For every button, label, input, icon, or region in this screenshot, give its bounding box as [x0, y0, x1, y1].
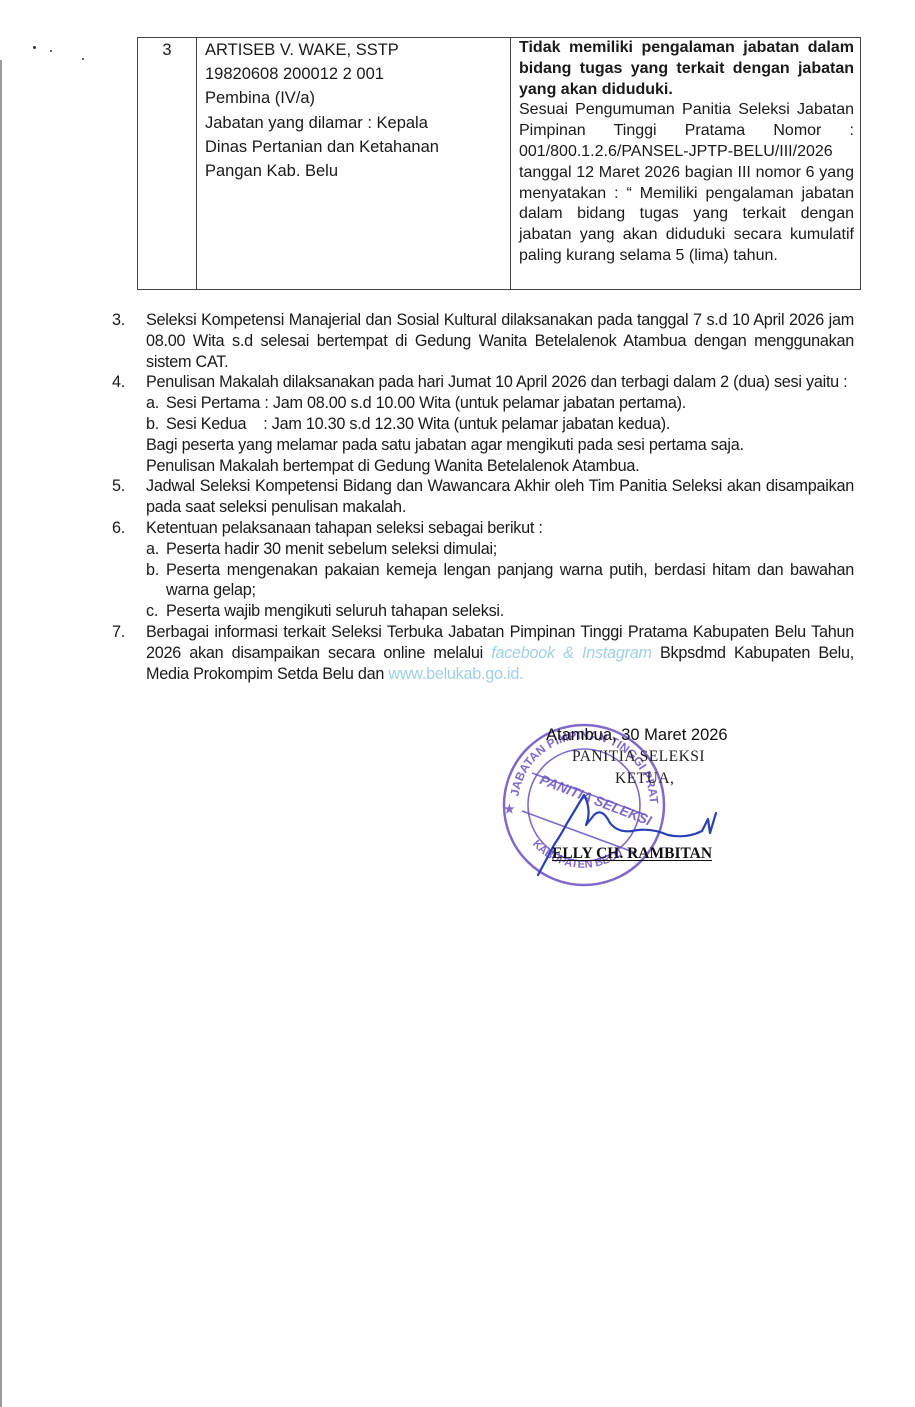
- sub-text: Peserta wajib mengikuti seluruh tahapan …: [166, 601, 854, 622]
- website-link[interactable]: www.belukab.go.id.: [388, 665, 523, 683]
- item-number: 4.: [112, 372, 146, 476]
- item-number: 5.: [112, 476, 146, 518]
- handwritten-signature-icon: [490, 715, 790, 895]
- list-item: 4. Penulisan Makalah dilaksanakan pada h…: [112, 372, 854, 476]
- applicant-cell: ARTISEB V. WAKE, SSTP 19820608 200012 2 …: [197, 38, 511, 290]
- row-number: 3: [138, 38, 197, 290]
- item-note: Penulisan Makalah bertempat di Gedung Wa…: [146, 456, 854, 477]
- item-text: Jadwal Seleksi Kompetensi Bidang dan Waw…: [146, 476, 854, 518]
- note-summary: Tidak memiliki pengalaman jabatan dalam …: [519, 38, 854, 100]
- note-cell: Tidak memiliki pengalaman jabatan dalam …: [511, 38, 861, 290]
- sub-letter: b.: [146, 560, 166, 602]
- sub-text: Sesi Pertama : Jam 08.00 s.d 10.00 Wita …: [166, 393, 854, 414]
- item-body: Penulisan Makalah dilaksanakan pada hari…: [146, 372, 854, 476]
- list-item: 3. Seleksi Kompetensi Manajerial dan Sos…: [112, 310, 854, 372]
- scan-edge: [0, 60, 2, 1407]
- scan-speck: [33, 46, 36, 49]
- sub-letter: b.: [146, 414, 166, 435]
- item-text: Penulisan Makalah dilaksanakan pada hari…: [146, 372, 854, 393]
- item-number: 7.: [112, 622, 146, 684]
- sub-letter: a.: [146, 539, 166, 560]
- applicant-position: Jabatan yang dilamar : Kepala Dinas Pert…: [205, 111, 510, 184]
- signature-block: JABATAN PIMPINAN TINGGI PRATAMA KABUPATE…: [490, 715, 790, 895]
- item-number: 3.: [112, 310, 146, 372]
- applicant-nip: 19820608 200012 2 001: [205, 62, 510, 86]
- position-line: Pangan Kab. Belu: [205, 159, 510, 183]
- sub-item: b. Sesi Kedua : Jam 10.30 s.d 12.30 Wita…: [146, 414, 854, 435]
- item-text: Ketentuan pelaksanaan tahapan seleksi se…: [146, 518, 854, 539]
- sub-item: b. Peserta mengenakan pakaian kemeja len…: [146, 560, 854, 602]
- applicant-rank: Pembina (IV/a): [205, 86, 510, 110]
- applicant-name: ARTISEB V. WAKE, SSTP: [205, 38, 510, 62]
- sub-item: a. Sesi Pertama : Jam 08.00 s.d 10.00 Wi…: [146, 393, 854, 414]
- list-item: 5. Jadwal Seleksi Kompetensi Bidang dan …: [112, 476, 854, 518]
- position-line: Dinas Pertanian dan Ketahanan: [205, 135, 510, 159]
- sub-text: Peserta mengenakan pakaian kemeja lengan…: [166, 560, 854, 602]
- sub-item: a. Peserta hadir 30 menit sebelum seleks…: [146, 539, 854, 560]
- scan-speck: [82, 58, 84, 60]
- note-detail: Sesuai Pengumuman Panitia Seleksi Jabata…: [519, 100, 854, 266]
- sub-text: Sesi Kedua : Jam 10.30 s.d 12.30 Wita (u…: [166, 414, 854, 435]
- item-text: Seleksi Kompetensi Manajerial dan Sosial…: [146, 310, 854, 372]
- item-number: 6.: [112, 518, 146, 622]
- position-line: Jabatan yang dilamar : Kepala: [205, 111, 510, 135]
- signer-name: ELLY CH. RAMBITAN: [552, 845, 712, 863]
- sub-letter: a.: [146, 393, 166, 414]
- applicant-table: 3 ARTISEB V. WAKE, SSTP 19820608 200012 …: [137, 37, 861, 290]
- sub-letter: c.: [146, 601, 166, 622]
- item-body: Ketentuan pelaksanaan tahapan seleksi se…: [146, 518, 854, 622]
- item-text: Berbagai informasi terkait Seleksi Terbu…: [146, 622, 854, 684]
- announcement-list: 3. Seleksi Kompetensi Manajerial dan Sos…: [112, 310, 854, 684]
- list-item: 7. Berbagai informasi terkait Seleksi Te…: [112, 622, 854, 684]
- social-media-link[interactable]: facebook & Instagram: [491, 644, 652, 662]
- list-item: 6. Ketentuan pelaksanaan tahapan seleksi…: [112, 518, 854, 622]
- table-row: 3 ARTISEB V. WAKE, SSTP 19820608 200012 …: [138, 38, 861, 290]
- sub-text: Peserta hadir 30 menit sebelum seleksi d…: [166, 539, 854, 560]
- item-note: Bagi peserta yang melamar pada satu jaba…: [146, 435, 854, 456]
- sub-item: c. Peserta wajib mengikuti seluruh tahap…: [146, 601, 854, 622]
- scan-speck: [50, 50, 52, 52]
